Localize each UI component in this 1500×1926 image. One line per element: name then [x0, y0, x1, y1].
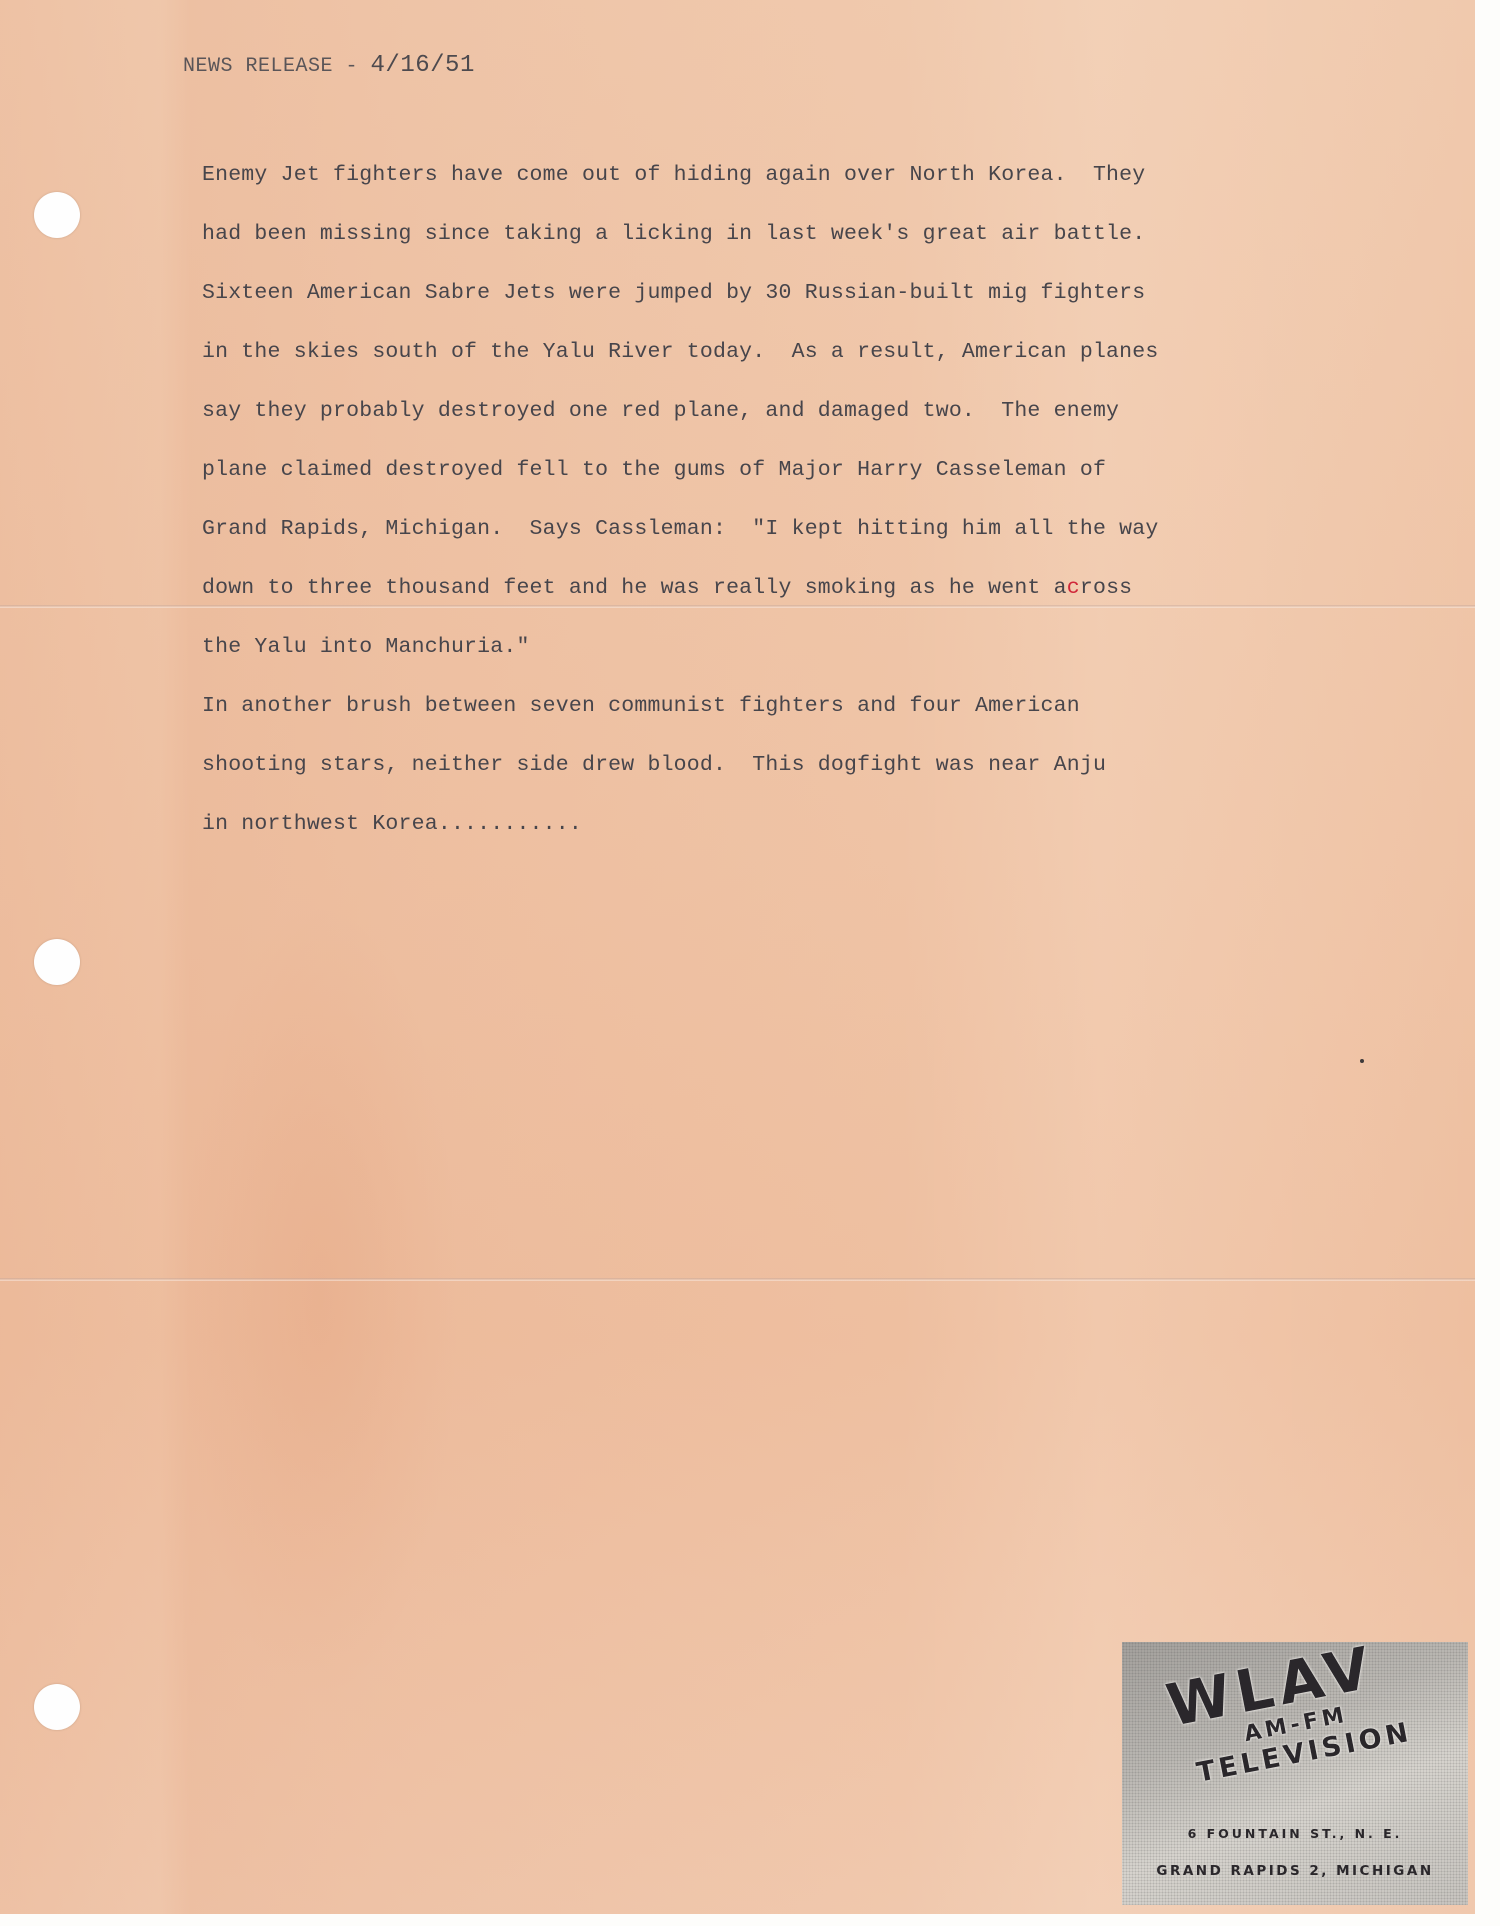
heading-label: NEWS RELEASE - — [183, 55, 371, 78]
fold-crease-lower — [0, 1278, 1475, 1281]
body-line: Grand Rapids, Michigan. Says Cassleman: … — [202, 514, 1352, 573]
body-line: the Yalu into Manchuria." — [202, 632, 1352, 691]
punch-hole-top — [34, 192, 80, 238]
body-line: In another brush between seven communist… — [202, 691, 1352, 750]
logo-brand-block: WLAV AM-FM TELEVISION — [1162, 1642, 1415, 1793]
body-line: shooting stars, neither side drew blood.… — [202, 750, 1352, 809]
wlav-letterhead-logo: WLAV AM-FM TELEVISION 6 FOUNTAIN ST., N.… — [1122, 1642, 1468, 1905]
punch-hole-middle — [34, 939, 80, 985]
paper-sheet: NEWS RELEASE - 4/16/51 Enemy Jet fighter… — [0, 0, 1475, 1914]
release-body: Enemy Jet fighters have come out of hidi… — [202, 160, 1352, 868]
release-date: 4/16/51 — [371, 52, 475, 79]
body-line: Sixteen American Sabre Jets were jumped … — [202, 278, 1352, 337]
address-city: GRAND RAPIDS 2, MICHIGAN — [1122, 1863, 1468, 1879]
body-line: plane claimed destroyed fell to the gums… — [202, 455, 1352, 514]
ink-speck — [1360, 1059, 1364, 1063]
line-text: down to three thousand feet and he was r… — [202, 576, 1067, 600]
body-line: say they probably destroyed one red plan… — [202, 396, 1352, 455]
paper-stain — [180, 900, 460, 1700]
body-line: in northwest Korea........... — [202, 809, 1352, 868]
punch-hole-bottom — [34, 1684, 80, 1730]
line-text: ross — [1080, 576, 1132, 600]
news-release-heading: NEWS RELEASE - 4/16/51 — [183, 52, 475, 79]
address-street: 6 FOUNTAIN ST., N. E. — [1122, 1826, 1468, 1841]
body-line: in the skies south of the Yalu River tod… — [202, 337, 1352, 396]
body-line: Enemy Jet fighters have come out of hidi… — [202, 160, 1352, 219]
red-correction-mark: c — [1067, 576, 1080, 600]
body-line: had been missing since taking a licking … — [202, 219, 1352, 278]
body-line-with-correction: down to three thousand feet and he was r… — [202, 573, 1352, 632]
